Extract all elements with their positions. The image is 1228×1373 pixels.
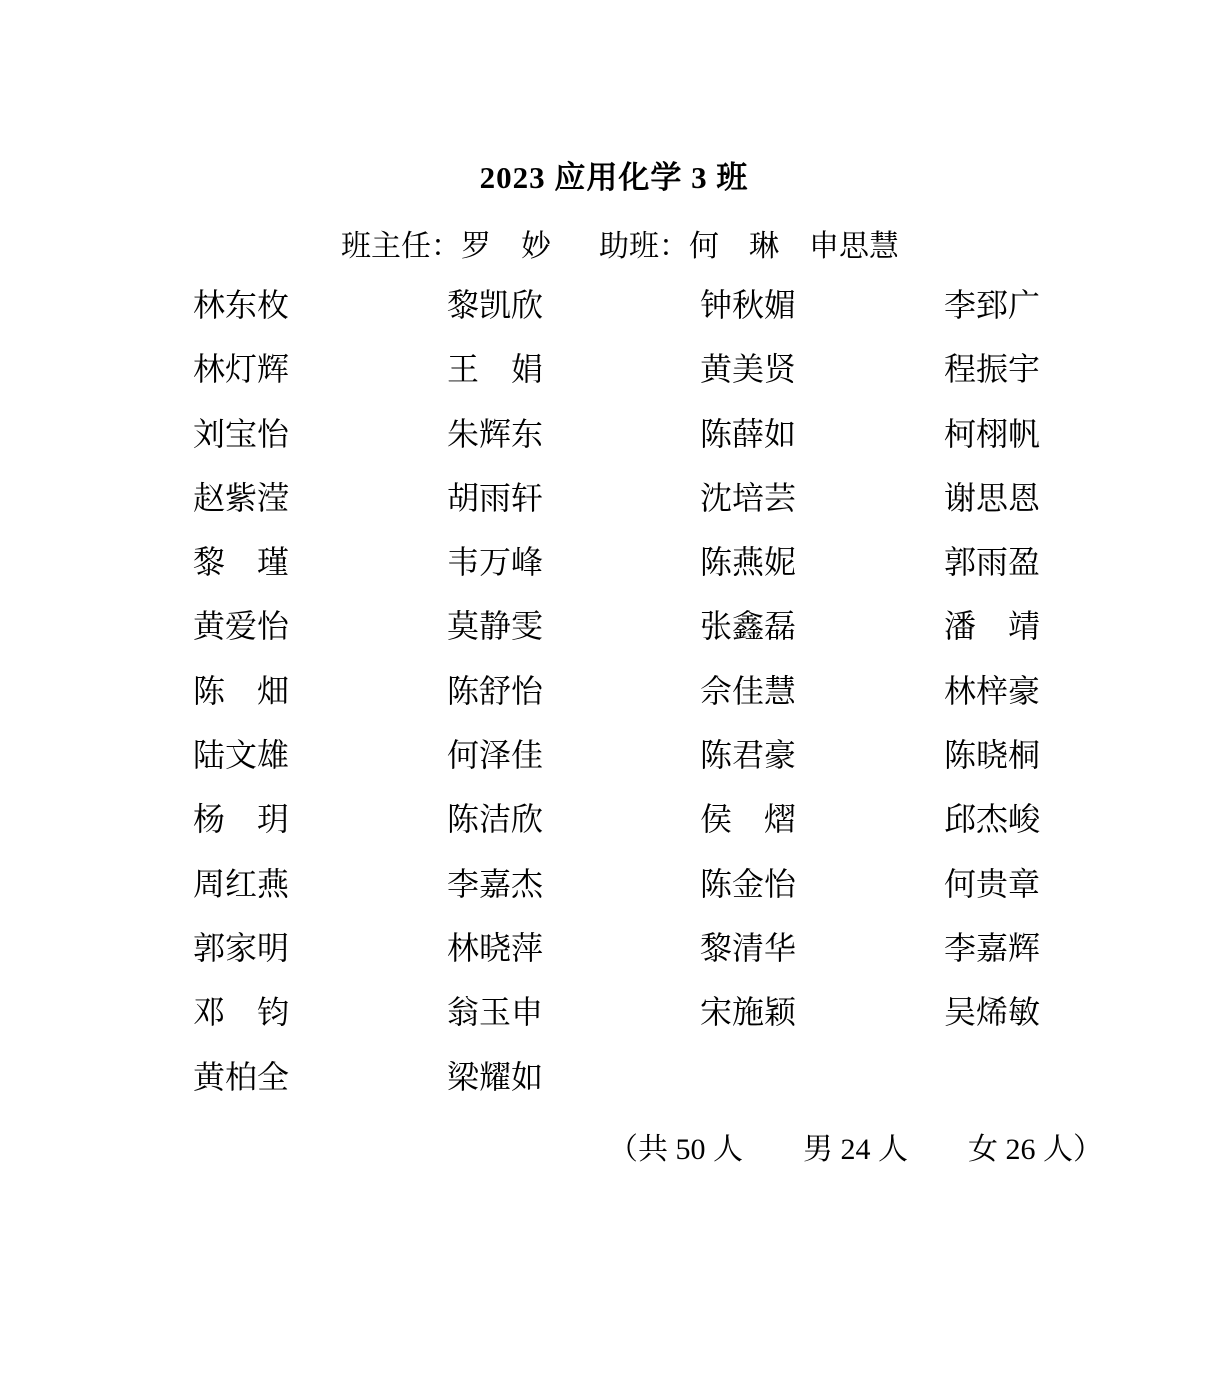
student-name: 李嘉辉 xyxy=(944,929,1203,993)
student-name: 黄爱怡 xyxy=(193,607,447,671)
student-name: 陆文雄 xyxy=(193,736,447,800)
staff-line: 班主任：罗 妙助班：何 琳 申思慧 xyxy=(341,221,899,265)
student-name: 朱辉东 xyxy=(447,415,700,479)
student-name: 侯 熠 xyxy=(700,800,944,864)
student-name: 邱杰峻 xyxy=(944,800,1203,864)
student-name: 佘佳慧 xyxy=(700,672,944,736)
student-name: 周红燕 xyxy=(193,865,447,929)
student-name: 王 娟 xyxy=(447,350,700,414)
class-roster-document: 2023 应用化学 3 班 班主任：罗 妙助班：何 琳 申思慧 林东枚黎凯欣钟秋… xyxy=(0,0,1228,1373)
student-name: 梁耀如 xyxy=(447,1058,700,1122)
student-name: 林梓豪 xyxy=(944,672,1203,736)
student-name: 陈洁欣 xyxy=(447,800,700,864)
homeroom-teacher: 班主任：罗 妙 xyxy=(341,230,551,263)
student-name: 陈舒怡 xyxy=(447,672,700,736)
student-name: 何贵章 xyxy=(944,865,1203,929)
student-name: 沈培芸 xyxy=(700,479,944,543)
student-name: 林晓萍 xyxy=(447,929,700,993)
student-name: 陈薛如 xyxy=(700,415,944,479)
student-name: 钟秋媚 xyxy=(700,286,944,350)
student-name: 吴烯敏 xyxy=(944,993,1203,1057)
student-name: 潘 靖 xyxy=(944,607,1203,671)
student-name: 黄柏全 xyxy=(193,1058,447,1122)
student-name: 程振宇 xyxy=(944,350,1203,414)
student-name: 黄美贤 xyxy=(700,350,944,414)
student-name: 陈 畑 xyxy=(193,672,447,736)
student-name: 翁玉申 xyxy=(447,993,700,1057)
student-name: 郭家明 xyxy=(193,929,447,993)
student-name: 韦万峰 xyxy=(447,543,700,607)
roster-grid: 林东枚黎凯欣钟秋媚李郅广林灯辉王 娟黄美贤程振宇刘宝怡朱辉东陈薛如柯栩帆赵紫滢胡… xyxy=(193,286,1203,1122)
student-name: 谢思恩 xyxy=(944,479,1203,543)
assistant-teachers: 助班：何 琳 申思慧 xyxy=(599,230,899,263)
page-title: 2023 应用化学 3 班 xyxy=(0,152,1228,197)
student-name: 杨 玥 xyxy=(193,800,447,864)
student-name: 李嘉杰 xyxy=(447,865,700,929)
summary-line: （共 50 人 男 24 人 女 26 人） xyxy=(608,1124,1103,1168)
student-name: 宋施颖 xyxy=(700,993,944,1057)
student-name: 柯栩帆 xyxy=(944,415,1203,479)
student-name: 陈君豪 xyxy=(700,736,944,800)
student-name: 何泽佳 xyxy=(447,736,700,800)
student-name: 李郅广 xyxy=(944,286,1203,350)
student-name: 陈晓桐 xyxy=(944,736,1203,800)
student-name: 陈燕妮 xyxy=(700,543,944,607)
student-name: 林灯辉 xyxy=(193,350,447,414)
student-name: 莫静雯 xyxy=(447,607,700,671)
student-name: 刘宝怡 xyxy=(193,415,447,479)
student-name: 邓 钧 xyxy=(193,993,447,1057)
student-name: 郭雨盈 xyxy=(944,543,1203,607)
student-name: 黎凯欣 xyxy=(447,286,700,350)
student-name: 胡雨轩 xyxy=(447,479,700,543)
student-name: 陈金怡 xyxy=(700,865,944,929)
student-name: 赵紫滢 xyxy=(193,479,447,543)
student-name: 黎 瑾 xyxy=(193,543,447,607)
student-name: 林东枚 xyxy=(193,286,447,350)
student-name: 黎清华 xyxy=(700,929,944,993)
student-name: 张鑫磊 xyxy=(700,607,944,671)
